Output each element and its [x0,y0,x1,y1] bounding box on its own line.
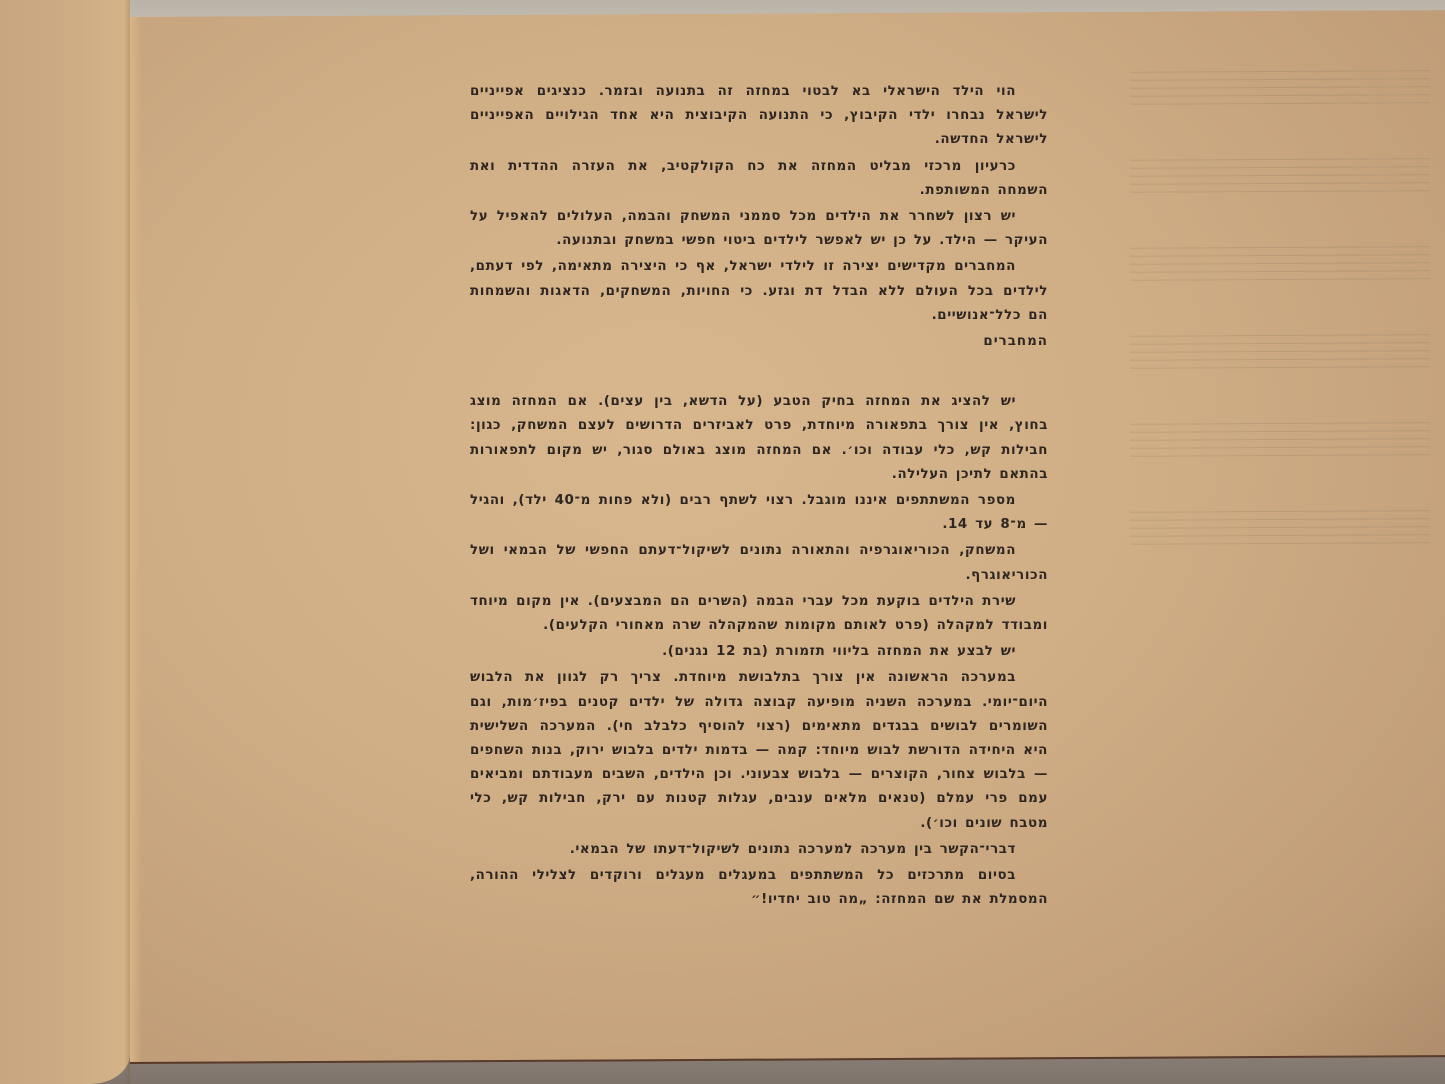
page-text: הוי הילד הישראלי בא לבטוי במחזה זה בתנוע… [470,80,1048,915]
paragraph: במערכה הראשונה אין צורך בתלבושת מיוחדת. … [470,666,1048,835]
paragraph: יש רצון לשחרר את הילדים מכל סממני המשחק … [470,205,1048,253]
spine-shadow [130,17,142,1062]
paragraph: שירת הילדים בוקעת מכל עברי הבמה (השרים ה… [470,590,1048,638]
paragraph: יש להציג את המחזה בחיק הטבע (על הדשא, בי… [470,390,1048,487]
music-notation-show-through [1130,70,1430,772]
paragraph: בסיום מתרכזים כל המשתתפים במעגלים מעגלים… [470,864,1048,912]
authors-signature: המחברים [470,330,1048,354]
paragraph: המחברים מקדישים יצירה זו לילדי ישראל, אף… [470,255,1048,328]
paragraph: יש לבצע את המחזה בליווי תזמורת (בת 12 נג… [470,640,1048,664]
paragraph: מספר המשתתפים איננו מוגבל. רצוי לשתף רבי… [470,489,1048,537]
paragraph: המשחק, הכוריאוגרפיה והתאורה נתונים לשיקו… [470,539,1048,587]
paragraph: הוי הילד הישראלי בא לבטוי במחזה זה בתנוע… [470,80,1048,153]
paragraph: כרעיון מרכזי מבליט המחזה את כח הקולקטיב,… [470,155,1048,203]
left-page-edge [0,0,130,1084]
paragraph: דברי־הקשר בין מערכה למערכה נתונים לשיקול… [470,838,1048,862]
